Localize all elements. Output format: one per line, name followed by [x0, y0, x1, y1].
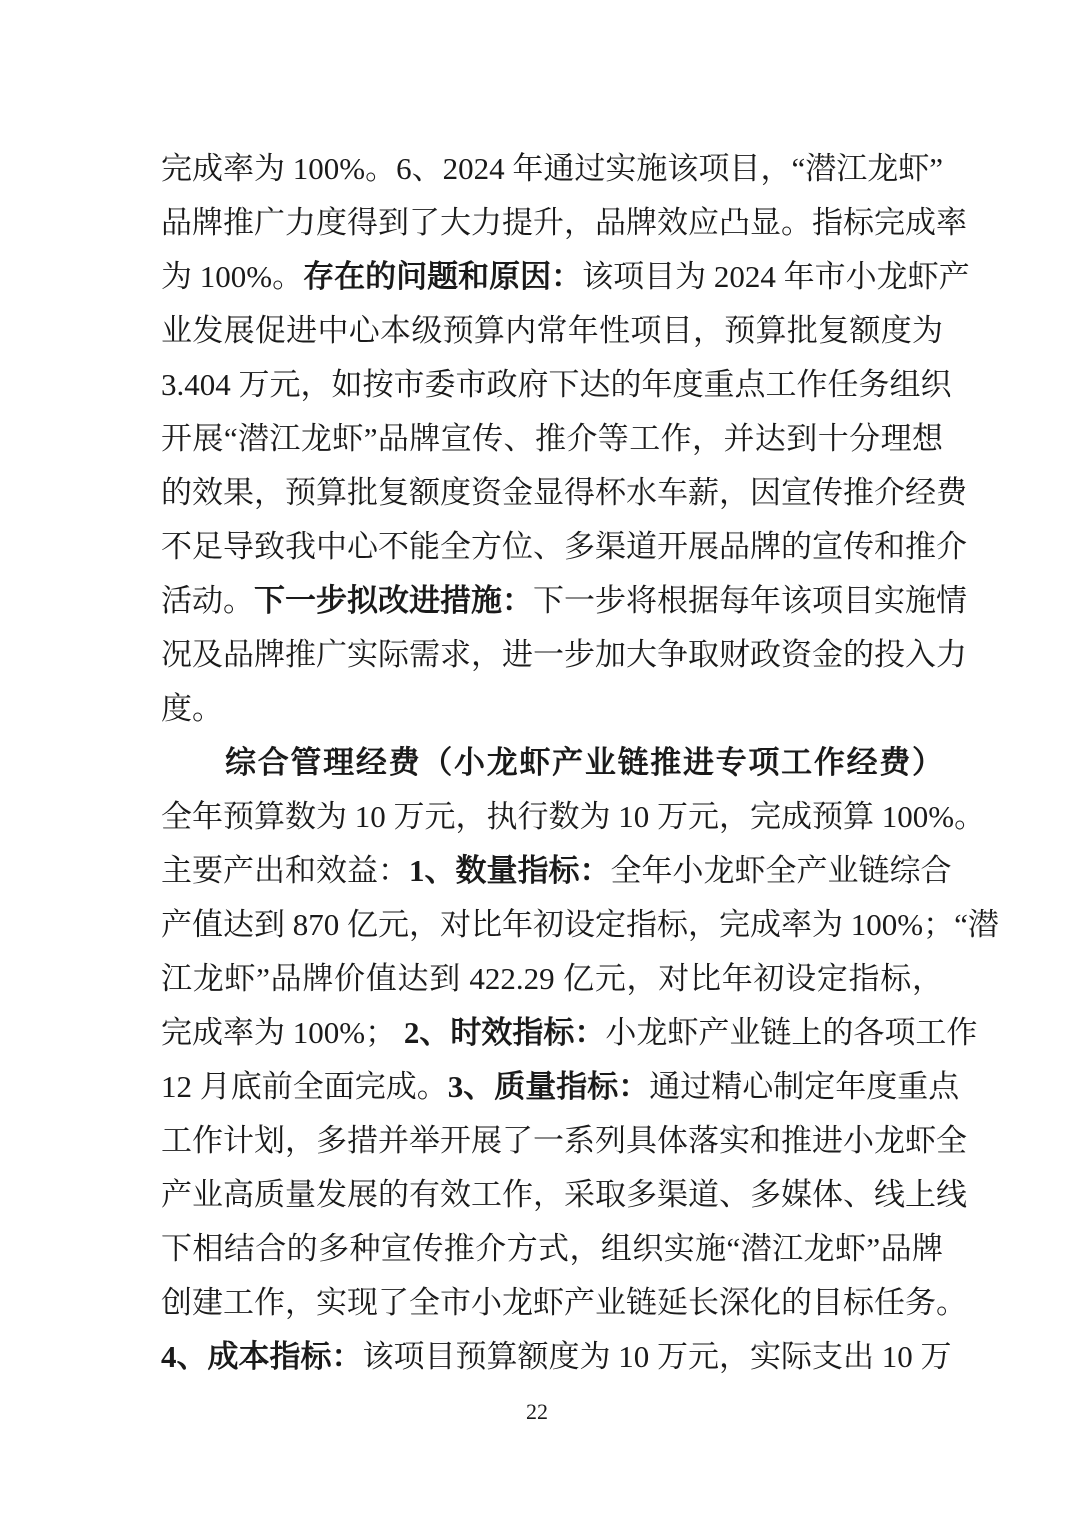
text-line: 为 100%。存在的问题和原因：该项目为 2024 年市小龙虾产 — [161, 250, 943, 304]
page-number: 22 — [0, 1399, 1074, 1425]
text-segment: 工作计划，多措并举开展了一系列具体落实和推进小龙虾全 — [161, 1123, 967, 1158]
text-line: 全年预算数为 10 万元，执行数为 10 万元，完成预算 100%。 — [161, 790, 943, 844]
text-line: 活动。下一步拟改进措施：下一步将根据每年该项目实施情 — [161, 574, 943, 628]
bold-text-segment: 综合管理经费（小龙虾产业链推进专项工作经费） — [225, 745, 943, 780]
text-segment: 业发展促进中心本级预算内常年性项目，预算批复额度为 — [161, 313, 943, 348]
text-segment: 产业高质量发展的有效工作，采取多渠道、多媒体、线上线 — [161, 1177, 967, 1212]
text-line: 主要产出和效益：1、数量指标：全年小龙虾全产业链综合 — [161, 844, 943, 898]
text-line: 下相结合的多种宣传推介方式，组织实施“潜江龙虾”品牌 — [161, 1222, 943, 1276]
text-segment: 品牌推广力度得到了大力提升，品牌效应凸显。指标完成率 — [161, 205, 967, 240]
text-line: 度。 — [161, 682, 943, 736]
document-body: 完成率为 100%。6、2024 年通过实施该项目，“潜江龙虾”品牌推广力度得到… — [161, 142, 943, 1384]
text-line: 不足导致我中心不能全方位、多渠道开展品牌的宣传和推介 — [161, 520, 943, 574]
text-segment: 不足导致我中心不能全方位、多渠道开展品牌的宣传和推介 — [161, 529, 967, 564]
text-segment: 12 月底前全面完成。 — [161, 1069, 448, 1104]
text-segment: 的效果，预算批复额度资金显得杯水车薪，因宣传推介经费 — [161, 475, 967, 510]
text-line: 品牌推广力度得到了大力提升，品牌效应凸显。指标完成率 — [161, 196, 943, 250]
text-segment: 全年预算数为 10 万元，执行数为 10 万元，完成预算 100%。 — [161, 799, 985, 834]
text-segment: 全年小龙虾全产业链综合 — [611, 853, 952, 888]
text-line: 综合管理经费（小龙虾产业链推进专项工作经费） — [161, 736, 943, 790]
text-segment: 下相结合的多种宣传推介方式，组织实施“潜江龙虾”品牌 — [161, 1231, 943, 1266]
text-line: 江龙虾”品牌价值达到 422.29 亿元，对比年初设定指标， — [161, 952, 943, 1006]
bold-text-segment: 下一步拟改进措施： — [254, 583, 533, 618]
text-segment: 该项目预算额度为 10 万元，实际支出 10 万 — [363, 1339, 952, 1374]
bold-text-segment: 4、成本指标： — [161, 1339, 363, 1374]
text-line: 创建工作，实现了全市小龙虾产业链延长深化的目标任务。 — [161, 1276, 943, 1330]
text-segment: 下一步将根据每年该项目实施情 — [533, 583, 967, 618]
text-line: 12 月底前全面完成。3、质量指标：通过精心制定年度重点 — [161, 1060, 943, 1114]
text-segment: 况及品牌推广实际需求，进一步加大争取财政资金的投入力 — [161, 637, 967, 672]
text-line: 工作计划，多措并举开展了一系列具体落实和推进小龙虾全 — [161, 1114, 943, 1168]
text-segment: 产值达到 870 亿元，对比年初设定指标，完成率为 100%；“潜 — [161, 907, 999, 942]
text-segment: 通过精心制定年度重点 — [649, 1069, 959, 1104]
text-segment: 开展“潜江龙虾”品牌宣传、推介等工作，并达到十分理想 — [161, 421, 943, 456]
text-line: 况及品牌推广实际需求，进一步加大争取财政资金的投入力 — [161, 628, 943, 682]
text-line: 的效果，预算批复额度资金显得杯水车薪，因宣传推介经费 — [161, 466, 943, 520]
bold-text-segment: 存在的问题和原因： — [303, 259, 582, 294]
text-segment: 完成率为 100%。6、2024 年通过实施该项目，“潜江龙虾” — [161, 151, 943, 186]
bold-text-segment: 1、数量指标： — [409, 853, 611, 888]
text-segment: 度。 — [161, 691, 223, 726]
document-page: 完成率为 100%。6、2024 年通过实施该项目，“潜江龙虾”品牌推广力度得到… — [0, 0, 1074, 1520]
text-line: 产业高质量发展的有效工作，采取多渠道、多媒体、线上线 — [161, 1168, 943, 1222]
bold-text-segment: 2、时效指标： — [404, 1015, 606, 1050]
bold-text-segment: 3、质量指标： — [448, 1069, 650, 1104]
text-segment: 小龙虾产业链上的各项工作 — [605, 1015, 977, 1050]
text-segment: 该项目为 2024 年市小龙虾产 — [582, 259, 970, 294]
text-line: 开展“潜江龙虾”品牌宣传、推介等工作，并达到十分理想 — [161, 412, 943, 466]
text-line: 产值达到 870 亿元，对比年初设定指标，完成率为 100%；“潜 — [161, 898, 943, 952]
text-segment: 江龙虾”品牌价值达到 422.29 亿元，对比年初设定指标， — [161, 961, 943, 996]
text-line: 4、成本指标：该项目预算额度为 10 万元，实际支出 10 万 — [161, 1330, 943, 1384]
text-segment: 主要产出和效益： — [161, 853, 409, 888]
text-segment: 3.404 万元，如按市委市政府下达的年度重点工作任务组织 — [161, 367, 952, 402]
text-line: 完成率为 100%。6、2024 年通过实施该项目，“潜江龙虾” — [161, 142, 943, 196]
text-segment: 创建工作，实现了全市小龙虾产业链延长深化的目标任务。 — [161, 1285, 967, 1320]
text-segment: 为 100%。 — [161, 259, 303, 294]
text-line: 业发展促进中心本级预算内常年性项目，预算批复额度为 — [161, 304, 943, 358]
text-line: 3.404 万元，如按市委市政府下达的年度重点工作任务组织 — [161, 358, 943, 412]
text-line: 完成率为 100%； 2、时效指标：小龙虾产业链上的各项工作 — [161, 1006, 943, 1060]
text-segment: 完成率为 100%； — [161, 1015, 404, 1050]
text-segment: 活动。 — [161, 583, 254, 618]
